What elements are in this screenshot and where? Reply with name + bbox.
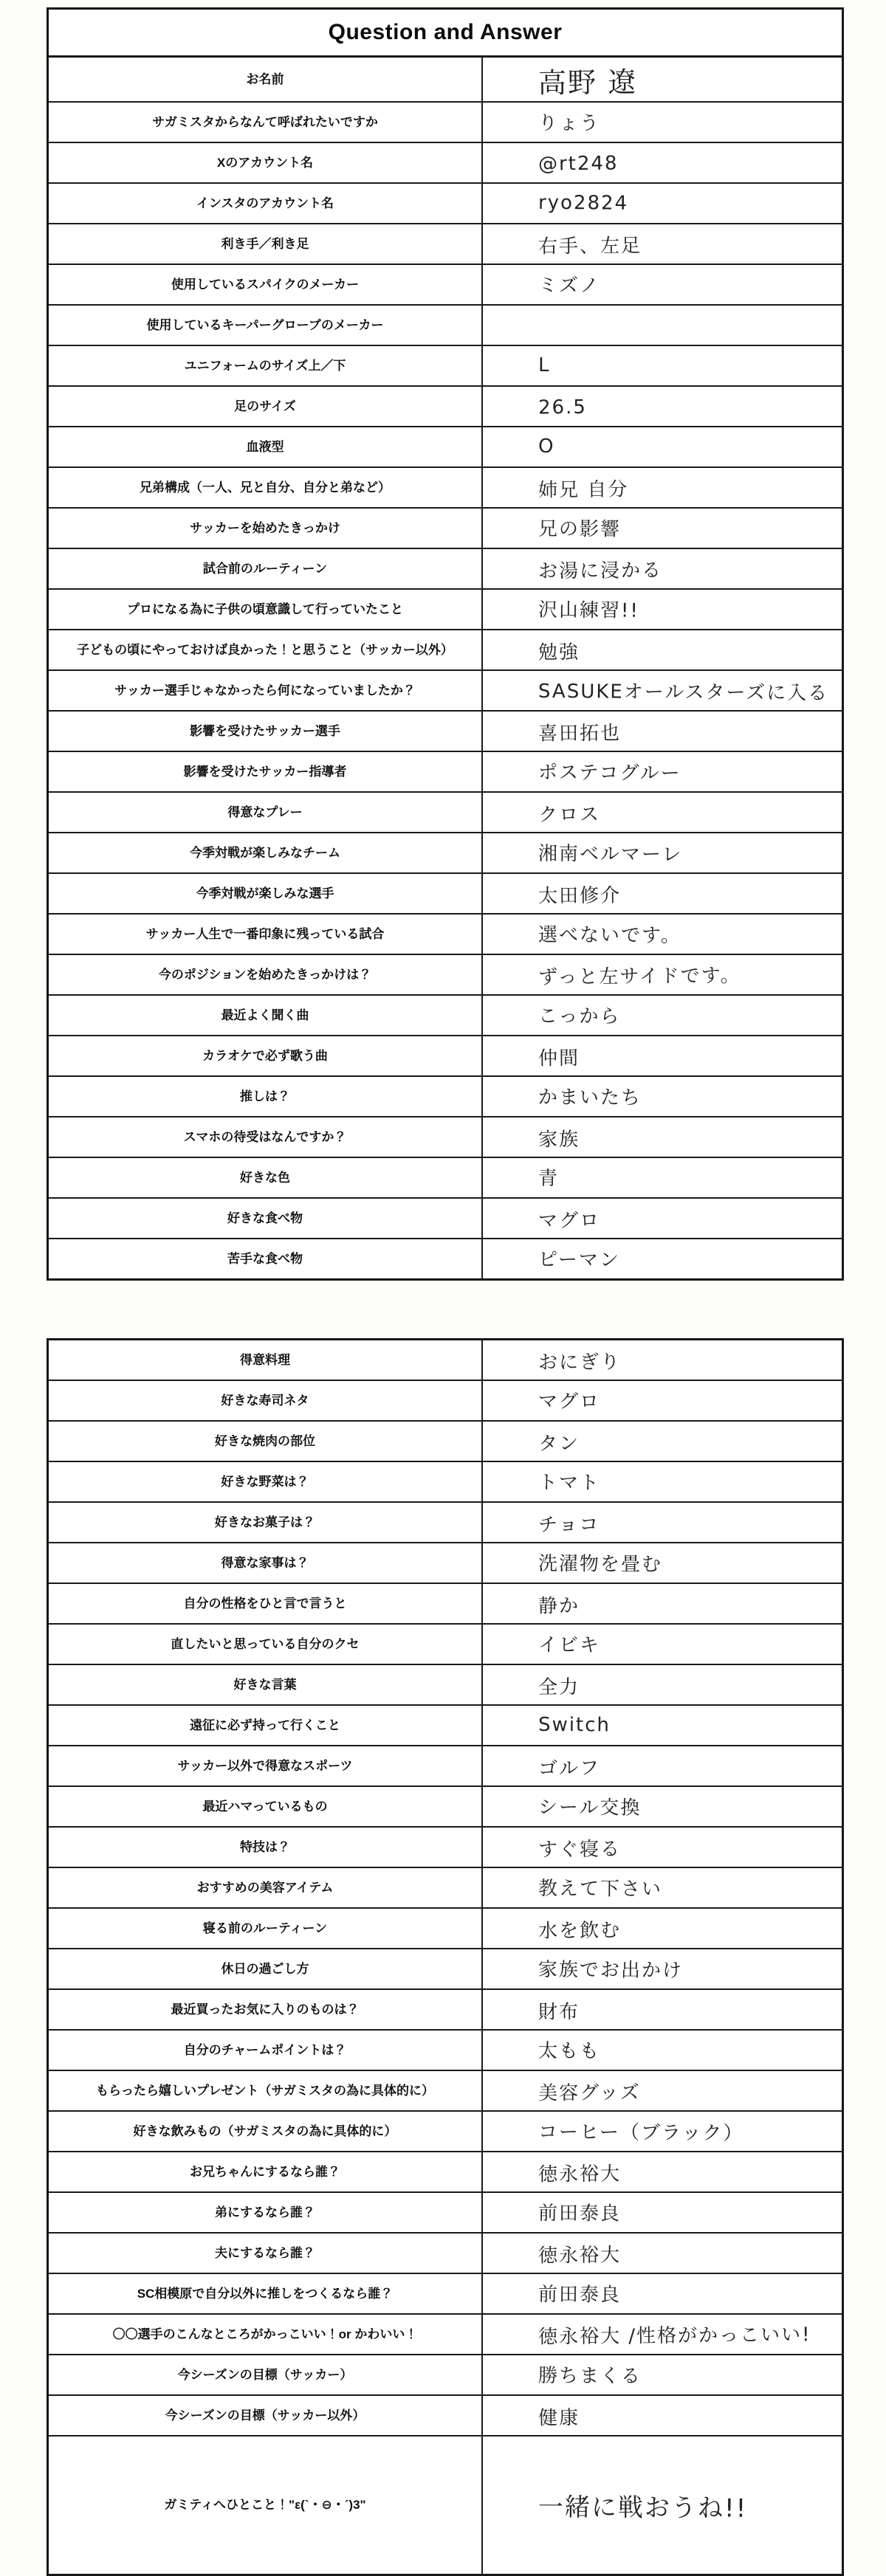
question-label: 今シーズンの目標（サッカー）	[49, 2355, 483, 2394]
question-label: 好きな寿司ネタ	[49, 1381, 483, 1420]
qa-row: 好きな焼肉の部位 タン	[49, 1420, 842, 1461]
question-label: 子どもの頃にやっておけば良かった！と思うこと（サッカー以外）	[49, 630, 483, 669]
answer-handwritten-value	[483, 304, 842, 346]
question-label: 得意な家事は？	[49, 1543, 483, 1583]
qa-row: 好きな食べ物 マグロ	[49, 1197, 842, 1238]
answer-handwritten-value: マグロ	[483, 1197, 842, 1239]
question-label: 夫にするなら誰？	[49, 2234, 483, 2273]
qa-row: サッカー以外で得意なスポーツ ゴルフ	[49, 1745, 842, 1785]
answer-handwritten-value: 徳永裕大	[483, 2232, 842, 2274]
answer-handwritten-value: 美容グッズ	[483, 2070, 842, 2112]
answer-handwritten-value: 太もも	[483, 2029, 842, 2070]
table-gap	[0, 1281, 886, 1338]
question-label: 兄弟構成（一人、兄と自分、自分と弟など）	[49, 468, 483, 507]
qa-row: 最近よく聞く曲 こっから	[49, 994, 842, 1035]
qa-row: サッカー選手じゃなかったら何になっていましたか？ SASUKEオールスターズに入…	[49, 669, 842, 710]
qa-row: 直したいと思っている自分のクセ イビキ	[49, 1623, 842, 1664]
qa-row: 今季対戦が楽しみな選手 太田修介	[49, 872, 842, 913]
question-label: 最近ハマっているもの	[49, 1787, 483, 1826]
question-label: 血液型	[49, 427, 483, 466]
qa-row: もらったら嬉しいプレゼント（サガミスタの為に具体的に） 美容グッズ	[49, 2070, 842, 2110]
question-label: お名前	[49, 58, 483, 101]
answer-handwritten-value: 26.5	[483, 385, 842, 427]
question-label: 足のサイズ	[49, 387, 483, 426]
question-label: サッカー人生で一番印象に残っている試合	[49, 915, 483, 954]
question-label: 今シーズンの目標（サッカー以外）	[49, 2396, 483, 2435]
qa-table-2: 得意料理 おにぎり 好きな寿司ネタ マグロ 好きな焼肉の部位 タン 好きな野菜は…	[47, 1338, 844, 2576]
question-label: 自分のチャームポイントは？	[49, 2031, 483, 2070]
question-label: 今のポジションを始めたきっかけは？	[49, 955, 483, 994]
qa-row: 得意料理 おにぎり	[49, 1340, 842, 1380]
page-title: Question and Answer	[49, 10, 842, 58]
question-label: SC相模原で自分以外に推しをつくるなら誰？	[49, 2274, 483, 2313]
qa-row: 足のサイズ 26.5	[49, 385, 842, 426]
qa-row: 試合前のルーティーン お湯に浸かる	[49, 548, 842, 588]
question-label: 〇〇選手のこんなところがかっこいい！or かわいい！	[49, 2315, 483, 2354]
qa-row: 好きな飲みもの（サガミスタの為に具体的に） コーヒー（ブラック）	[49, 2110, 842, 2151]
answer-handwritten-value: 財布	[483, 1988, 842, 2031]
qa-row: 自分の性格をひと言で言うと 静か	[49, 1583, 842, 1623]
answer-handwritten-value: 選べないです。	[483, 913, 842, 954]
qa-row: 最近買ったお気に入りのものは？ 財布	[49, 1988, 842, 2029]
answer-handwritten-value: チョコ	[483, 1501, 842, 1543]
qa-row: 利き手／利き足 右手、左足	[49, 223, 842, 264]
qa-row: 得意なプレー クロス	[49, 791, 842, 832]
answer-handwritten-value: ピーマン	[483, 1238, 842, 1279]
answer-handwritten-value: 湘南ベルマーレ	[483, 832, 842, 873]
question-label: 好きな色	[49, 1158, 483, 1197]
answer-handwritten-value: 太田修介	[483, 872, 842, 915]
answer-handwritten-value: 前田泰良	[483, 2273, 842, 2314]
qa-row: カラオケで必ず歌う曲 仲間	[49, 1035, 842, 1075]
qa-row: 血液型 O	[49, 426, 842, 466]
answer-handwritten-value: 一緒に戦おうね!!	[482, 2435, 842, 2575]
qa-row: プロになる為に子供の頃意識して行っていたこと 沢山練習!!	[49, 588, 842, 629]
answer-handwritten-value: 姉兄 自分	[483, 466, 842, 509]
question-label: 使用しているスパイクのメーカー	[49, 265, 483, 304]
answer-handwritten-value: おにぎり	[483, 1339, 842, 1381]
qa-row: ガミティへひとこと！"ε(`・⊖・´)3" 一緒に戦おうね!!	[49, 2435, 842, 2574]
question-label: 苦手な食べ物	[49, 1239, 483, 1278]
qa-row: 好きな言葉 全力	[49, 1664, 842, 1704]
answer-handwritten-value: 水を飲む	[483, 1907, 842, 1949]
qa-row: 夫にするなら誰？ 徳永裕大	[49, 2232, 842, 2273]
question-label: 得意料理	[49, 1340, 483, 1380]
answer-handwritten-value: L	[483, 345, 842, 386]
question-label: サッカー選手じゃなかったら何になっていましたか？	[49, 671, 483, 710]
answer-handwritten-value: 青	[483, 1157, 842, 1198]
question-label: 直したいと思っている自分のクセ	[49, 1625, 483, 1664]
question-label: 最近よく聞く曲	[49, 996, 483, 1035]
qa-row: 好きなお菓子は？ チョコ	[49, 1501, 842, 1542]
qa-row: お兄ちゃんにするなら誰？ 徳永裕大	[49, 2151, 842, 2191]
question-label: インスタのアカウント名	[49, 184, 483, 223]
qa-row: 自分のチャームポイントは？ 太もも	[49, 2029, 842, 2070]
answer-handwritten-value: 喜田拓也	[483, 710, 842, 752]
answer-handwritten-value: ミズノ	[483, 264, 842, 305]
qa-row: サガミスタからなんて呼ばれたいですか りょう	[49, 101, 842, 142]
question-label: サッカー以外で得意なスポーツ	[49, 1746, 483, 1785]
question-label: 好きなお菓子は？	[49, 1503, 483, 1542]
answer-handwritten-value: マグロ	[483, 1380, 842, 1421]
question-label: 影響を受けたサッカー選手	[49, 712, 483, 751]
answer-handwritten-value: 兄の影響	[483, 507, 842, 548]
answer-handwritten-value: 高野 遼	[483, 56, 842, 103]
answer-handwritten-value: 洗濯物を畳む	[483, 1542, 842, 1583]
question-label: 試合前のルーティーン	[49, 549, 483, 588]
answer-handwritten-value: 沢山練習!!	[483, 588, 842, 630]
qa-row: 苦手な食べ物 ピーマン	[49, 1238, 842, 1278]
qa-row: SC相模原で自分以外に推しをつくるなら誰？ 前田泰良	[49, 2273, 842, 2313]
qa-row: 得意な家事は？ 洗濯物を畳む	[49, 1542, 842, 1583]
answer-handwritten-value: 勝ちまくる	[483, 2354, 842, 2395]
question-label: カラオケで必ず歌う曲	[49, 1036, 483, 1075]
answer-handwritten-value: ryo2824	[483, 182, 842, 224]
question-label: 好きな飲みもの（サガミスタの為に具体的に）	[49, 2112, 483, 2151]
answer-handwritten-value: コーヒー（ブラック）	[483, 2110, 842, 2152]
question-label: Xのアカウント名	[49, 143, 483, 182]
qa-row: Xのアカウント名 @rt248	[49, 142, 842, 182]
question-label: 特技は？	[49, 1828, 483, 1867]
question-label: 寝る前のルーティーン	[49, 1909, 483, 1948]
answer-handwritten-value: すぐ寝る	[483, 1826, 842, 1868]
answer-handwritten-value: 徳永裕大	[483, 2151, 842, 2193]
answer-handwritten-value: ポステコグルー	[483, 751, 842, 792]
qa-row: 今シーズンの目標（サッカー） 勝ちまくる	[49, 2354, 842, 2394]
question-label: 弟にするなら誰？	[49, 2193, 483, 2232]
question-label: ガミティへひとこと！"ε(`・⊖・´)3"	[49, 2436, 483, 2574]
qa-row: 寝る前のルーティーン 水を飲む	[49, 1907, 842, 1948]
answer-handwritten-value: こっから	[483, 994, 842, 1036]
answer-handwritten-value: @rt248	[483, 142, 842, 184]
question-label: プロになる為に子供の頃意識して行っていたこと	[49, 590, 483, 629]
answer-handwritten-value: 前田泰良	[483, 2191, 842, 2233]
scanned-questionnaire-page: Question and Answer お名前 高野 遼 サガミスタからなんて呼…	[0, 0, 886, 2576]
answer-handwritten-value: O	[483, 426, 842, 467]
qa-row: 使用しているキーパーグローブのメーカー	[49, 304, 842, 345]
qa-row: 今シーズンの目標（サッカー以外） 健康	[49, 2394, 842, 2435]
qa-row: 特技は？ すぐ寝る	[49, 1826, 842, 1867]
answer-handwritten-value: クロス	[483, 791, 842, 833]
answer-handwritten-value: トマト	[483, 1461, 842, 1502]
qa-row: 影響を受けたサッカー指導者 ポステコグルー	[49, 751, 842, 791]
qa-table-2-rows: 得意料理 おにぎり 好きな寿司ネタ マグロ 好きな焼肉の部位 タン 好きな野菜は…	[49, 1340, 842, 2574]
answer-handwritten-value: 勉強	[483, 629, 842, 671]
question-label: もらったら嬉しいプレゼント（サガミスタの為に具体的に）	[49, 2071, 483, 2110]
qa-row: スマホの待受はなんですか？ 家族	[49, 1116, 842, 1157]
answer-handwritten-value: シール交換	[483, 1785, 842, 1827]
answer-handwritten-value: 徳永裕大 /性格がかっこいい!	[483, 2313, 842, 2355]
answer-handwritten-value: 右手、左足	[483, 223, 842, 265]
question-label: 推しは？	[49, 1077, 483, 1116]
qa-row: サッカーを始めたきっかけ 兄の影響	[49, 507, 842, 548]
qa-row: 今季対戦が楽しみなチーム 湘南ベルマーレ	[49, 832, 842, 872]
question-label: 好きな食べ物	[49, 1199, 483, 1238]
answer-handwritten-value: SASUKEオールスターズに入る	[483, 669, 842, 711]
qa-row: 推しは？ かまいたち	[49, 1075, 842, 1116]
answer-handwritten-value: お湯に浸かる	[483, 548, 842, 590]
answer-handwritten-value: 全力	[483, 1664, 842, 1706]
question-label: 遠征に必ず持って行くこと	[49, 1706, 483, 1745]
answer-handwritten-value: かまいたち	[483, 1075, 842, 1117]
answer-handwritten-value: 仲間	[483, 1035, 842, 1077]
qa-table-1: Question and Answer お名前 高野 遼 サガミスタからなんて呼…	[47, 7, 844, 1281]
answer-handwritten-value: イビキ	[483, 1623, 842, 1664]
qa-table-1-rows: お名前 高野 遼 サガミスタからなんて呼ばれたいですか りょう Xのアカウント名…	[49, 58, 842, 1278]
qa-row: 好きな野菜は？ トマト	[49, 1461, 842, 1501]
question-label: 好きな言葉	[49, 1665, 483, 1704]
question-label: お兄ちゃんにするなら誰？	[49, 2152, 483, 2191]
question-label: 今季対戦が楽しみなチーム	[49, 833, 483, 872]
qa-row: サッカー人生で一番印象に残っている試合 選べないです。	[49, 913, 842, 954]
qa-row: 子どもの頃にやっておけば良かった！と思うこと（サッカー以外） 勉強	[49, 629, 842, 669]
qa-row: おすすめの美容アイテム 教えて下さい	[49, 1867, 842, 1907]
question-label: スマホの待受はなんですか？	[49, 1117, 483, 1157]
answer-handwritten-value: 健康	[483, 2394, 842, 2436]
question-label: 自分の性格をひと言で言うと	[49, 1584, 483, 1623]
qa-row: 今のポジションを始めたきっかけは？ ずっと左サイドです。	[49, 954, 842, 994]
qa-row: インスタのアカウント名 ryo2824	[49, 182, 842, 223]
question-label: 使用しているキーパーグローブのメーカー	[49, 306, 483, 345]
qa-row: 最近ハマっているもの シール交換	[49, 1785, 842, 1826]
question-label: おすすめの美容アイテム	[49, 1868, 483, 1907]
qa-row: 影響を受けたサッカー選手 喜田拓也	[49, 710, 842, 751]
qa-row: 弟にするなら誰？ 前田泰良	[49, 2191, 842, 2232]
qa-row: 使用しているスパイクのメーカー ミズノ	[49, 264, 842, 304]
answer-handwritten-value: ずっと左サイドです。	[483, 954, 842, 996]
qa-row: 好きな色 青	[49, 1157, 842, 1197]
question-label: サッカーを始めたきっかけ	[49, 509, 483, 548]
question-label: 今季対戦が楽しみな選手	[49, 874, 483, 913]
question-label: 好きな野菜は？	[49, 1462, 483, 1501]
qa-row: 遠征に必ず持って行くこと Switch	[49, 1704, 842, 1745]
answer-handwritten-value: 家族でお出かけ	[483, 1948, 842, 1989]
qa-row: 兄弟構成（一人、兄と自分、自分と弟など） 姉兄 自分	[49, 466, 842, 507]
qa-row: 〇〇選手のこんなところがかっこいい！or かわいい！ 徳永裕大 /性格がかっこい…	[49, 2313, 842, 2354]
question-label: 得意なプレー	[49, 793, 483, 832]
answer-handwritten-value: Switch	[483, 1704, 842, 1746]
question-label: ユニフォームのサイズ上／下	[49, 346, 483, 385]
question-label: 最近買ったお気に入りのものは？	[49, 1990, 483, 2029]
answer-handwritten-value: 教えて下さい	[483, 1867, 842, 1908]
question-label: 休日の過ごし方	[49, 1949, 483, 1988]
qa-row: 好きな寿司ネタ マグロ	[49, 1380, 842, 1420]
question-label: 影響を受けたサッカー指導者	[49, 752, 483, 791]
question-label: 好きな焼肉の部位	[49, 1422, 483, 1461]
answer-handwritten-value: 家族	[483, 1116, 842, 1158]
answer-handwritten-value: ゴルフ	[483, 1745, 842, 1787]
qa-row: ユニフォームのサイズ上／下 L	[49, 345, 842, 385]
answer-handwritten-value: りょう	[483, 101, 842, 142]
qa-row: 休日の過ごし方 家族でお出かけ	[49, 1948, 842, 1988]
answer-handwritten-value: 静か	[483, 1583, 842, 1625]
question-label: サガミスタからなんて呼ばれたいですか	[49, 103, 483, 142]
answer-handwritten-value: タン	[483, 1420, 842, 1462]
question-label: 利き手／利き足	[49, 224, 483, 264]
qa-row: お名前 高野 遼	[49, 58, 842, 101]
